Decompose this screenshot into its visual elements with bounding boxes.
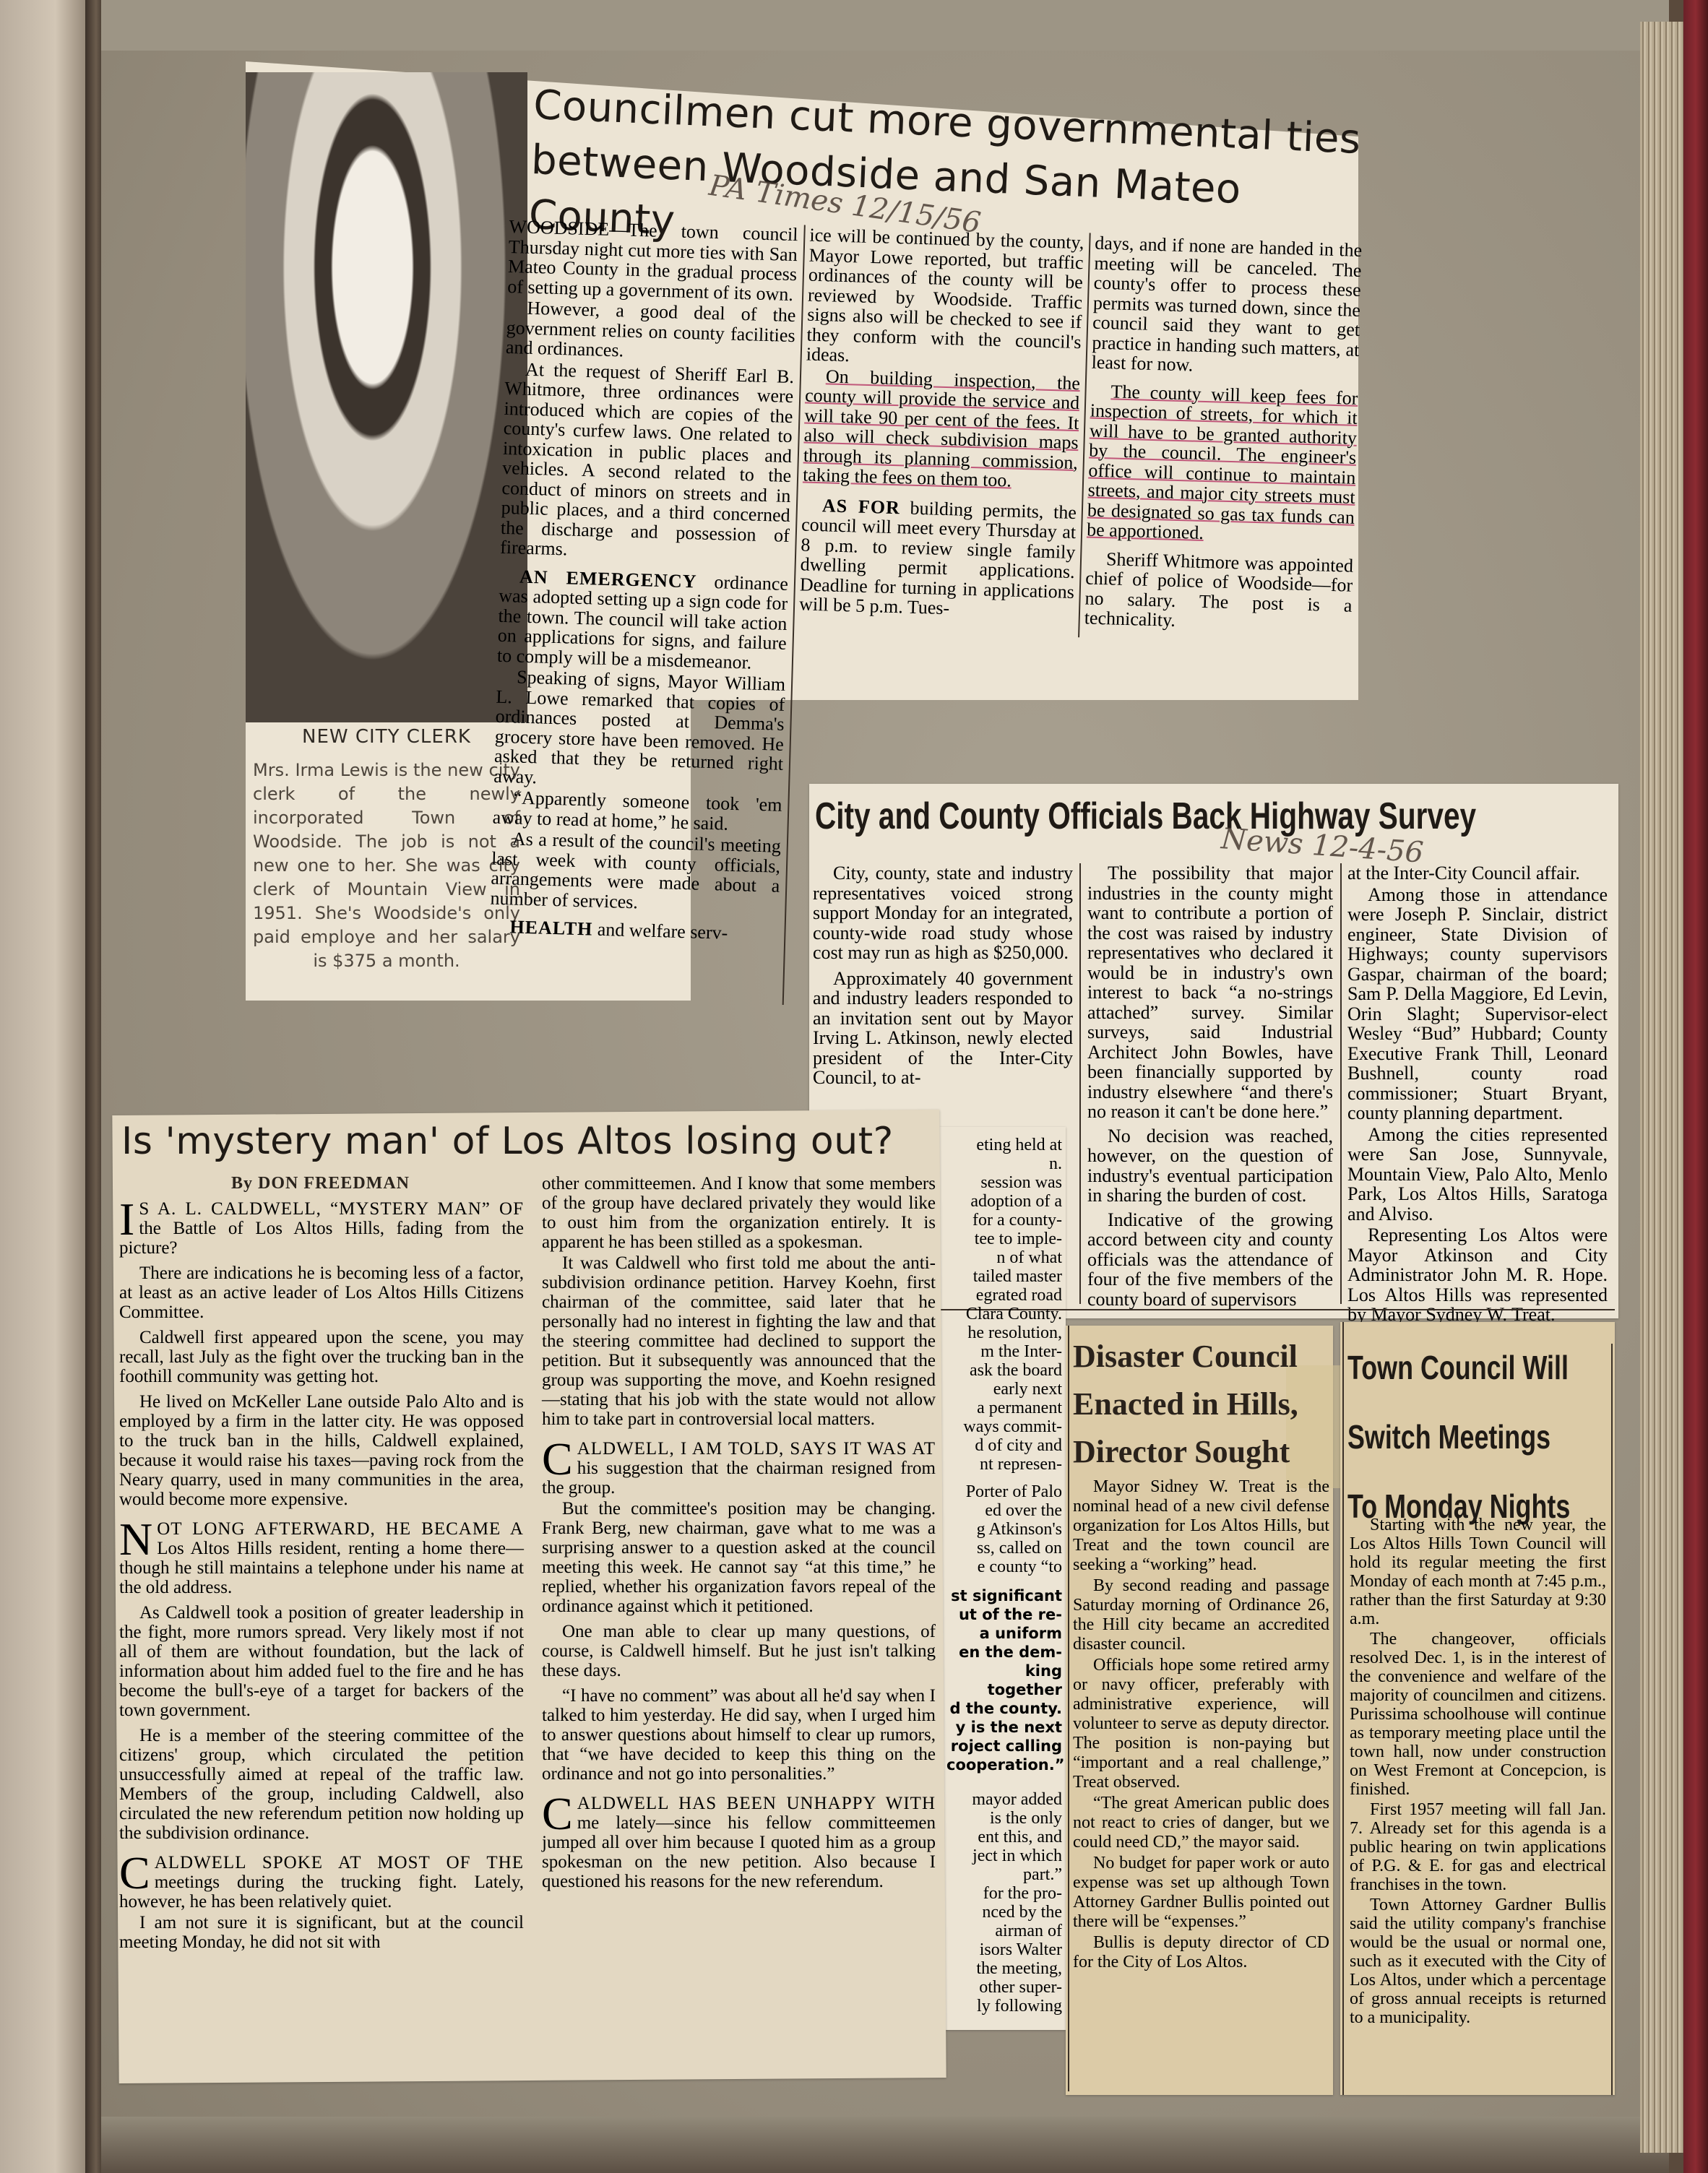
disaster-headline: Disaster Council Enacted in Hills, Direc…	[1073, 1333, 1333, 1476]
fragment-bold-line: y is the next	[946, 1718, 1062, 1737]
asfor-text: building permits, the council will meet …	[799, 497, 1077, 618]
fragment-line: a permanent	[946, 1399, 1062, 1417]
fragment-bold-line: d the county.	[946, 1699, 1062, 1718]
paragraph: As a result of the council's meeting las…	[490, 829, 781, 916]
page-bottom-shadow	[101, 2117, 1669, 2173]
fragment-line: the meeting,	[946, 1959, 1062, 1978]
headline-line: Disaster Council	[1073, 1333, 1333, 1381]
lead-in: ALDWELL, I AM TOLD, SAYS IT WAS AT	[577, 1439, 936, 1459]
clipping-border	[1342, 1322, 1344, 2095]
fragment-line: e county “to	[946, 1558, 1062, 1576]
facing-page	[0, 0, 92, 2173]
paragraph: CALDWELL SPOKE AT MOST OF THE meetings d…	[119, 1853, 524, 1911]
paragraph: Officials hope some retired army or navy…	[1073, 1656, 1329, 1792]
paragraph: Speaking of signs, Mayor William L. Lowe…	[493, 667, 785, 794]
spacer	[946, 1774, 1062, 1790]
fragment-line: Clara County.	[946, 1305, 1062, 1323]
paragraph: Starting with the new year, the Los Alto…	[1350, 1516, 1606, 1628]
fragment-line: mayor added	[946, 1790, 1062, 1809]
paragraph: “I have no comment” was about all he'd s…	[542, 1686, 936, 1784]
fragment-line: other super-	[946, 1978, 1062, 1997]
mystery-man-column-1: IS A. L. CALDWELL, “MYSTERY MAN” OF the …	[119, 1199, 524, 1952]
fragment-line: airman of	[946, 1922, 1062, 1940]
paragraph-text: his suggestion that the chairman resigne…	[542, 1459, 936, 1498]
fragment-line: g Atkinson's	[946, 1520, 1062, 1539]
highway-column-3: at the Inter-City Council affair. Among …	[1347, 863, 1608, 1325]
dropcap: C	[542, 1440, 573, 1478]
photo-label: NEW CITY CLERK	[246, 726, 527, 748]
clipping-border	[1068, 1326, 1069, 2091]
lead-in: OT LONG AFTERWARD, HE BECAME A	[157, 1519, 524, 1539]
highway-fragment-column: eting held at n. session was adoption of…	[946, 1136, 1062, 2016]
fragment-line: egrated road	[946, 1286, 1062, 1305]
column-rule	[1079, 863, 1081, 1304]
fragment-line: isors Walter	[946, 1940, 1062, 1959]
dropcap: I	[119, 1201, 134, 1238]
emergency-paragraph: AN EMERGENCY ordinance was adopted setti…	[497, 566, 789, 673]
fragment-line: nced by the	[946, 1903, 1062, 1922]
fragment-line: eting held at	[946, 1136, 1062, 1154]
paragraph: Bullis is deputy director of CD for the …	[1073, 1933, 1329, 1972]
paragraph: “Apparently someone took 'em away to rea…	[492, 787, 782, 835]
fragment-line: m the Inter-	[946, 1342, 1062, 1361]
health-paragraph: HEALTH and welfare serv-	[489, 917, 779, 945]
paragraph: It was Caldwell who first told me about …	[542, 1253, 936, 1429]
paragraph: No decision was reached, however, on the…	[1087, 1126, 1333, 1206]
page-stack-edge	[1640, 22, 1683, 2153]
paragraph: CALDWELL HAS BEEN UNHAPPY WITH me lately…	[542, 1794, 936, 1891]
paragraph: NOT LONG AFTERWARD, HE BECAME A Los Alto…	[119, 1519, 524, 1597]
fragment-line: adoption of a	[946, 1192, 1062, 1211]
paragraph: WOODSIDE—The town council Thursday night…	[507, 217, 798, 304]
paragraph: Caldwell first appeared upon the scene, …	[119, 1328, 524, 1386]
paragraph: Mayor Sidney W. Treat is the nominal hea…	[1073, 1477, 1329, 1575]
fragment-line: nt represen-	[946, 1455, 1062, 1474]
page-top-shadow	[101, 0, 1669, 51]
fragment-line: early next	[946, 1380, 1062, 1399]
paragraph: Town Attorney Gardner Bullis said the ut…	[1350, 1896, 1606, 2027]
fragment-line: Porter of Palo	[946, 1482, 1062, 1501]
lead-in: S A. L. CALDWELL, “MYSTERY MAN” OF	[139, 1199, 524, 1219]
paragraph: However, a good deal of the government r…	[506, 298, 796, 366]
fragment-line: n of what	[946, 1248, 1062, 1267]
fragment-line: ss, called on	[946, 1539, 1062, 1558]
paragraph: No budget for paper work or auto expense…	[1073, 1854, 1329, 1932]
paragraph-text: me lately—since his fellow committeemen …	[542, 1813, 936, 1891]
asfor-paragraph: AS FOR building permits, the council wil…	[799, 495, 1077, 622]
health-lead: HEALTH	[509, 916, 593, 939]
paragraph: IS A. L. CALDWELL, “MYSTERY MAN” OF the …	[119, 1199, 524, 1258]
headline-line: Director Sought	[1073, 1428, 1333, 1476]
monday-headline: Town Council Will Switch Meetings To Mon…	[1347, 1333, 1615, 1541]
dropcap: N	[119, 1521, 152, 1558]
fragment-line: he resolution,	[946, 1323, 1062, 1342]
headline-line: Switch Meetings	[1347, 1402, 1556, 1472]
fragment-bold-line: en the dem-	[946, 1643, 1062, 1662]
paragraph: On building inspection, the county will …	[803, 366, 1080, 493]
woodside-column-1: WOODSIDE—The town council Thursday night…	[489, 217, 798, 944]
mystery-man-headline: Is 'mystery man' of Los Altos losing out…	[121, 1116, 894, 1167]
paragraph: The possibility that major industries in…	[1087, 863, 1333, 1122]
paragraph: The county will keep fees for inspection…	[1087, 381, 1358, 547]
fragment-line: ways commit-	[946, 1417, 1062, 1436]
paragraph-text: Los Altos Hills resident, renting a home…	[119, 1539, 524, 1597]
lead-in: ALDWELL HAS BEEN UNHAPPY WITH	[577, 1794, 936, 1813]
dropcap: C	[542, 1795, 573, 1833]
paragraph-text: the Battle of Los Altos Hills, fading fr…	[119, 1219, 524, 1258]
spacer	[946, 1576, 1062, 1586]
highway-headline: City and County Officials Back Highway S…	[815, 795, 1476, 838]
headline-line: Enacted in Hills,	[1073, 1381, 1333, 1428]
fragment-bold-line: ut of the re-	[946, 1605, 1062, 1624]
woodside-column-2: ice will be continued by the county, May…	[799, 225, 1084, 622]
paragraph: The changeover, officials resolved Dec. …	[1350, 1630, 1606, 1799]
paragraph: days, and if none are handed in the meet…	[1091, 233, 1362, 380]
woodside-column-3: days, and if none are handed in the meet…	[1084, 233, 1362, 636]
fragment-line: tee to imple-	[946, 1230, 1062, 1248]
mystery-man-byline: By DON FREEDMAN	[231, 1174, 410, 1193]
headline-line: Town Council Will	[1347, 1333, 1556, 1402]
fragment-line: ject in which	[946, 1846, 1062, 1865]
fragment-line: tailed master	[946, 1267, 1062, 1286]
fragment-line: is the only	[946, 1809, 1062, 1828]
paragraph-text: meetings during the trucking fight. Late…	[119, 1872, 524, 1911]
mystery-man-column-2: other committeemen. And I know that some…	[542, 1174, 936, 1891]
fragment-line: ent this, and	[946, 1828, 1062, 1846]
paragraph: He is a member of the steering committee…	[119, 1726, 524, 1843]
highway-column-1: City, county, state and industry represe…	[813, 863, 1073, 1088]
fragment-line: for a county-	[946, 1211, 1062, 1230]
disaster-body: Mayor Sidney W. Treat is the nominal hea…	[1073, 1477, 1329, 1972]
fragment-bold-line: king together	[946, 1662, 1062, 1699]
monday-body: Starting with the new year, the Los Alto…	[1350, 1516, 1606, 2027]
health-text: and welfare serv-	[597, 919, 728, 943]
paragraph: at the Inter-City Council affair.	[1347, 863, 1608, 884]
fragment-line: for the pro-	[946, 1884, 1062, 1903]
paragraph: “The great American public does not reac…	[1073, 1794, 1329, 1852]
paragraph: But the committee's position may be chan…	[542, 1499, 936, 1616]
photo-caption: Mrs. Irma Lewis is the new city clerk of…	[253, 759, 520, 973]
woodside-photo-panel: NEW CITY CLERK Mrs. Irma Lewis is the ne…	[246, 61, 527, 1001]
fragment-bold-line: roject calling	[946, 1737, 1062, 1755]
column-rule	[1340, 863, 1342, 1304]
paragraph: One man able to clear up many questions,…	[542, 1622, 936, 1680]
paragraph: By second reading and passage Saturday m…	[1073, 1576, 1329, 1654]
fragment-bold-line: cooperation.”	[946, 1755, 1062, 1774]
fragment-line: ly following	[946, 1997, 1062, 2016]
paragraph: He lived on McKeller Lane outside Palo A…	[119, 1392, 524, 1509]
fragment-line: session was	[946, 1173, 1062, 1192]
paragraph: At the request of Sheriff Earl B. Whitmo…	[500, 358, 795, 565]
book-cover-edge	[1683, 0, 1708, 2173]
fragment-line: d of city and	[946, 1436, 1062, 1455]
paragraph: First 1957 meeting will fall Jan. 7. Alr…	[1350, 1800, 1606, 1894]
paragraph: City, county, state and industry represe…	[813, 863, 1073, 963]
paragraph: Among those in attendance were Joseph P.…	[1347, 885, 1608, 1123]
paragraph: CALDWELL, I AM TOLD, SAYS IT WAS AT his …	[542, 1439, 936, 1498]
paragraph: Approximately 40 government and industry…	[813, 969, 1073, 1088]
fragment-bold-line: a uniform	[946, 1624, 1062, 1643]
paragraph: As Caldwell took a position of greater l…	[119, 1603, 524, 1720]
paragraph: Among the cities represented were San Jo…	[1347, 1125, 1608, 1224]
fragment-line: ask the board	[946, 1361, 1062, 1380]
fragment-line: ed over the	[946, 1501, 1062, 1520]
fragment-line: part.”	[946, 1865, 1062, 1884]
fragment-line: n.	[946, 1154, 1062, 1173]
portrait-photo	[246, 72, 527, 722]
spacer	[946, 1474, 1062, 1482]
highway-column-2: The possibility that major industries in…	[1087, 863, 1333, 1309]
paragraph: ice will be continued by the county, May…	[806, 225, 1084, 372]
lead-in: ALDWELL SPOKE AT MOST OF THE	[155, 1853, 524, 1872]
paragraph: other committeemen. And I know that some…	[542, 1174, 936, 1252]
paragraph: I am not sure it is significant, but at …	[119, 1913, 524, 1952]
paragraph: Indicative of the growing accord between…	[1087, 1210, 1333, 1310]
dropcap: C	[119, 1854, 150, 1892]
paragraph: Sheriff Whitmore was appointed chief of …	[1084, 548, 1353, 635]
paragraph: There are indications he is becoming les…	[119, 1263, 524, 1322]
fragment-bold-line: st significant	[946, 1586, 1062, 1605]
